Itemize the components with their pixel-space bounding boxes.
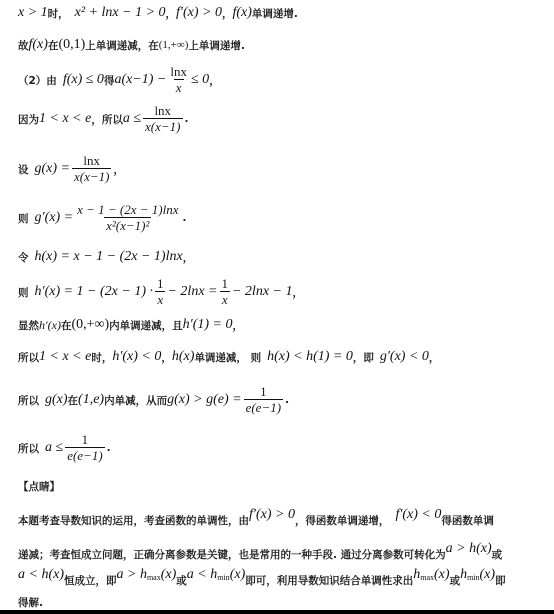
text: 或 xyxy=(492,547,503,562)
math-expr: f′(x) < 0 xyxy=(395,507,441,523)
math-expr: a ≤ xyxy=(45,440,63,456)
text: 本题考查导数知识的运用，考查函数的单调性，由 xyxy=(18,513,249,528)
math-expr: (1,e) xyxy=(78,392,104,408)
heading-text: 【点睛】 xyxy=(18,479,60,494)
text: ， xyxy=(183,250,194,265)
math-expr: f(x) xyxy=(29,37,48,53)
line-8: 则 h′(x) = 1 − (2x − 1) · 1 x − 2lnx = 1 … xyxy=(18,274,303,310)
math-expr: g′(x) = xyxy=(35,210,74,226)
math-expr: 1 < x < e xyxy=(39,349,91,365)
math-expr: g(x) xyxy=(45,392,68,408)
fraction: lnx x(x−1) xyxy=(143,103,182,135)
math-expr: hmin(x) xyxy=(460,567,495,583)
text: 在 xyxy=(48,38,59,53)
line-5: 设 g(x) = lnx x(x−1) ， xyxy=(18,150,124,188)
text: 在 xyxy=(61,318,72,333)
math-expr: a(x−1) − xyxy=(114,72,166,88)
fraction: lnx x xyxy=(168,64,189,96)
comment-line-2: 递减；考查恒成立问题，正确分离参数是关键，也是常用的一种手段. 通过分离参数可转… xyxy=(18,542,502,566)
text: 所以 xyxy=(18,441,39,456)
comment-line-3: a < h(x) 恒成立，即 a > hmax(x) 或 a < hmin(x)… xyxy=(18,568,506,592)
text: ， xyxy=(292,285,303,300)
math-expr: a < h(x) xyxy=(18,567,64,583)
bottom-border xyxy=(0,610,554,614)
line-9: 显然 h′(x) 在 (0,+∞) 内单调递减，且 h′(1) = 0 ， xyxy=(18,314,243,336)
math-expr: f(x) xyxy=(232,5,251,21)
text: 时， xyxy=(48,6,69,21)
line-3: （2）由 f(x) ≤ 0 得 a(x−1) − lnx x ≤ 0 ， xyxy=(18,62,220,98)
math-expr: h(x) xyxy=(172,349,195,365)
line-11: 所以 g(x) 在 (1,e) 内单减，从而 g(x) > g(e) = 1 e… xyxy=(18,380,289,420)
text: . xyxy=(182,212,186,224)
solution-document: x > 1 时， x² + lnx − 1 > 0 ， f′(x) > 0 ， … xyxy=(0,0,554,614)
text: 得函数单调 xyxy=(441,513,494,528)
math-expr: − 2lnx − 1 xyxy=(232,284,293,300)
comment-line-4: 得解. xyxy=(18,594,43,610)
text: 单调递增. xyxy=(252,6,298,21)
text: 恒成立，即 xyxy=(64,573,117,588)
text: ， xyxy=(209,73,220,88)
text: 时， xyxy=(91,350,112,365)
text: 即 xyxy=(495,573,506,588)
text: 则 xyxy=(18,211,29,226)
text: 即可，利用导数知识结合单调性求出 xyxy=(245,573,413,588)
comment-line-1: 本题考查导数知识的运用，考查函数的单调性，由 f′(x) > 0 ，得函数单调递… xyxy=(18,508,494,532)
line-7: 令 h(x) = x − 1 − (2x − 1)lnx ， xyxy=(18,246,193,268)
math-expr: f(x) ≤ 0 xyxy=(63,72,104,88)
text: ，所以 xyxy=(91,112,123,127)
math-expr: a < hmin(x) xyxy=(187,567,245,583)
math-expr: h(x) < h(1) = 0 xyxy=(267,349,353,365)
math-expr: g′(x) < 0 xyxy=(380,349,429,365)
text: 递减；考查恒成立问题，正确分离参数是关键，也是常用的一种手段. 通过分离参数可转… xyxy=(18,547,446,562)
math-expr: g(x) > g(e) = xyxy=(167,392,241,408)
section-heading: 【点睛】 xyxy=(18,476,60,496)
fraction: 1 x xyxy=(155,276,166,308)
text: 单调递减， 则 xyxy=(194,350,261,365)
text: 所以 xyxy=(18,350,39,365)
math-expr: h′(1) = 0 xyxy=(183,317,233,333)
math-expr: (0,1) xyxy=(58,37,85,53)
text: 或 xyxy=(176,573,187,588)
text: 得解. xyxy=(18,595,43,610)
line-2: 故 f(x) 在 (0,1) 上单调递减，在 (1,+∞) 上单调递增. xyxy=(18,34,245,56)
text: ， xyxy=(429,350,440,365)
fraction: 1 e(e−1) xyxy=(244,384,283,416)
text: 上单调递减，在 xyxy=(85,38,159,53)
math-expr: x > 1 xyxy=(18,5,48,21)
text: 在 xyxy=(68,393,79,408)
math-expr: h′(x) < 0 xyxy=(112,349,161,365)
math-expr: x² + lnx − 1 > 0 xyxy=(75,5,166,21)
text: ， xyxy=(233,318,244,333)
line-6: 则 g′(x) = x − 1 − (2x − 1)lnx x²(x−1)² . xyxy=(18,198,186,238)
math-expr: h′(x) xyxy=(39,318,61,333)
text: . xyxy=(185,113,189,125)
text: 所以 xyxy=(18,393,39,408)
text: ，得函数单调递增， xyxy=(295,513,390,528)
math-expr: (0,+∞) xyxy=(71,317,109,333)
math-expr: a > hmax(x) xyxy=(117,567,177,583)
text: 故 xyxy=(18,38,29,53)
math-expr: (1,+∞) xyxy=(159,39,189,51)
text: 显然 xyxy=(18,318,39,333)
math-expr: 1 < x < e xyxy=(39,111,91,127)
text: 设 xyxy=(18,162,29,177)
text: ， xyxy=(222,6,233,21)
math-expr: h(x) = x − 1 − (2x − 1)lnx xyxy=(35,249,183,265)
text: . xyxy=(285,394,289,406)
line-1: x > 1 时， x² + lnx − 1 > 0 ， f′(x) > 0 ， … xyxy=(18,2,298,24)
line-10: 所以 1 < x < e 时， h′(x) < 0 ， h(x) 单调递减， 则… xyxy=(18,346,439,368)
text: ，即 xyxy=(353,350,374,365)
fraction: lnx x(x−1) xyxy=(72,153,111,185)
fraction: x − 1 − (2x − 1)lnx x²(x−1)² xyxy=(75,202,180,234)
math-expr: f′(x) > 0 xyxy=(249,507,295,523)
line-12: 所以 a ≤ 1 e(e−1) . xyxy=(18,428,111,468)
math-expr: f′(x) > 0 xyxy=(176,5,222,21)
math-expr: hmax(x) xyxy=(413,567,449,583)
text: 令 xyxy=(18,250,29,265)
math-expr: h′(x) = 1 − (2x − 1) · xyxy=(35,284,153,300)
text: （2）由 xyxy=(18,73,57,88)
text: 或 xyxy=(450,573,461,588)
math-expr: − 2lnx = xyxy=(167,284,217,300)
math-expr: ≤ 0 xyxy=(191,72,209,88)
text: 内单减，从而 xyxy=(104,393,167,408)
text: ， xyxy=(166,6,177,21)
text: 内单调递减，且 xyxy=(109,318,183,333)
fraction: 1 x xyxy=(219,276,230,308)
line-4: 因为 1 < x < e ，所以 a ≤ lnx x(x−1) . xyxy=(18,100,189,138)
fraction: 1 e(e−1) xyxy=(65,432,104,464)
math-expr: a > h(x) xyxy=(446,541,492,557)
text: ， xyxy=(113,162,124,177)
text: . xyxy=(107,442,111,454)
math-expr: g(x) = xyxy=(35,161,71,177)
math-expr: a ≤ xyxy=(123,111,141,127)
text: 因为 xyxy=(18,112,39,127)
text: 上单调递增. xyxy=(188,38,245,53)
text: 得 xyxy=(104,73,115,88)
text: 则 xyxy=(18,285,29,300)
text: ， xyxy=(161,350,172,365)
